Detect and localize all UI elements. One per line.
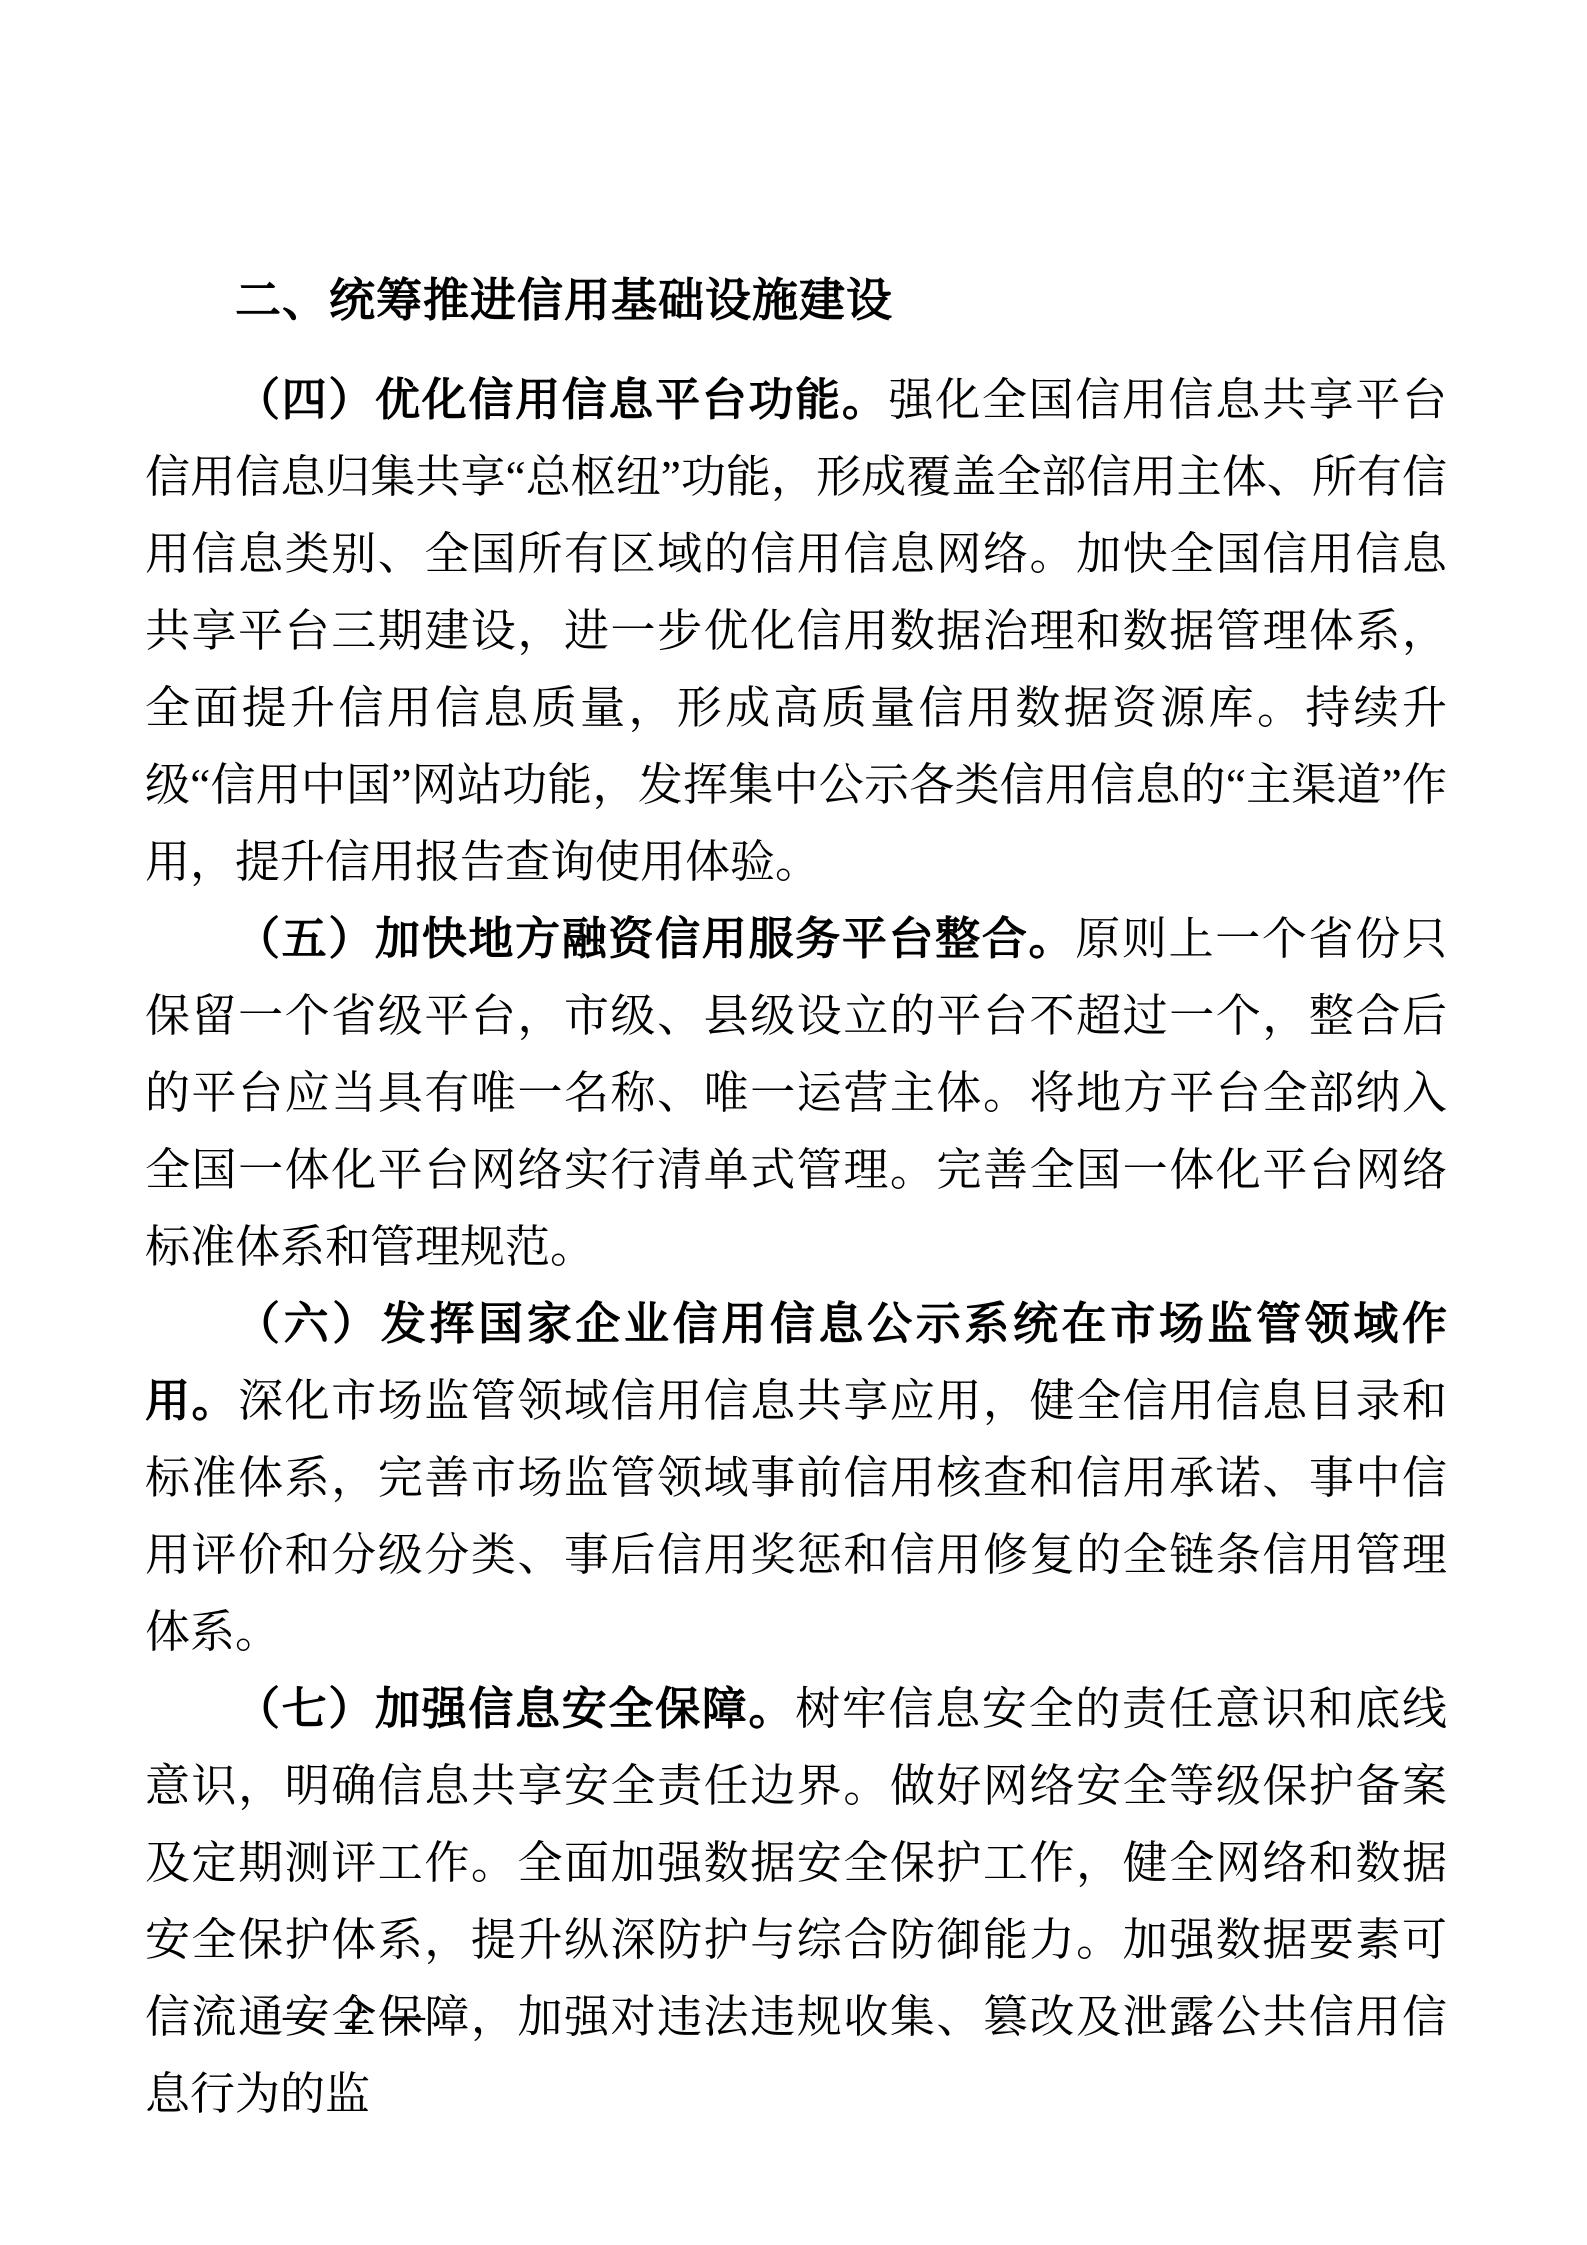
paragraph-5-body: 原则上一个省份只保留一个省级平台，市级、县级设立的平台不超过一个，整合后的平台应… bbox=[145, 914, 1447, 1272]
section-heading: 二、统筹推进信用基础设施建设 bbox=[145, 262, 1447, 339]
paragraph-6: （六）发挥国家企业信用信息公示系统在市场监管领域作用。深化市场监管领域信用信息共… bbox=[145, 1286, 1447, 1671]
paragraph-5: （五）加快地方融资信用服务平台整合。原则上一个省份只保留一个省级平台，市级、县级… bbox=[145, 901, 1447, 1286]
document-page: 二、统筹推进信用基础设施建设 （四）优化信用信息平台功能。强化全国信用信息共享平… bbox=[0, 0, 1587, 2245]
paragraph-6-body: 深化市场监管领域信用信息共享应用，健全信用信息目录和标准体系，完善市场监管领域事… bbox=[145, 1376, 1447, 1657]
paragraph-7-lead: （七）加强信息安全保障。 bbox=[235, 1684, 795, 1734]
paragraph-7: （七）加强信息安全保障。树牢信息安全的责任意识和底线意识，明确信息共享安全责任边… bbox=[145, 1671, 1447, 2133]
paragraph-4: （四）优化信用信息平台功能。强化全国信用信息共享平台信用信息归集共享“总枢纽”功… bbox=[145, 362, 1447, 901]
paragraph-4-body: 强化全国信用信息共享平台信用信息归集共享“总枢纽”功能，形成覆盖全部信用主体、所… bbox=[145, 375, 1447, 887]
paragraph-4-lead: （四）优化信用信息平台功能。 bbox=[235, 375, 889, 425]
document-body: 二、统筹推进信用基础设施建设 （四）优化信用信息平台功能。强化全国信用信息共享平… bbox=[145, 262, 1447, 2133]
paragraph-7-body: 树牢信息安全的责任意识和底线意识，明确信息共享安全责任边界。做好网络安全等级保护… bbox=[145, 1684, 1447, 2119]
page-number: — 2 — bbox=[283, 1992, 429, 2040]
paragraph-5-lead: （五）加快地方融资信用服务平台整合。 bbox=[235, 914, 1075, 964]
